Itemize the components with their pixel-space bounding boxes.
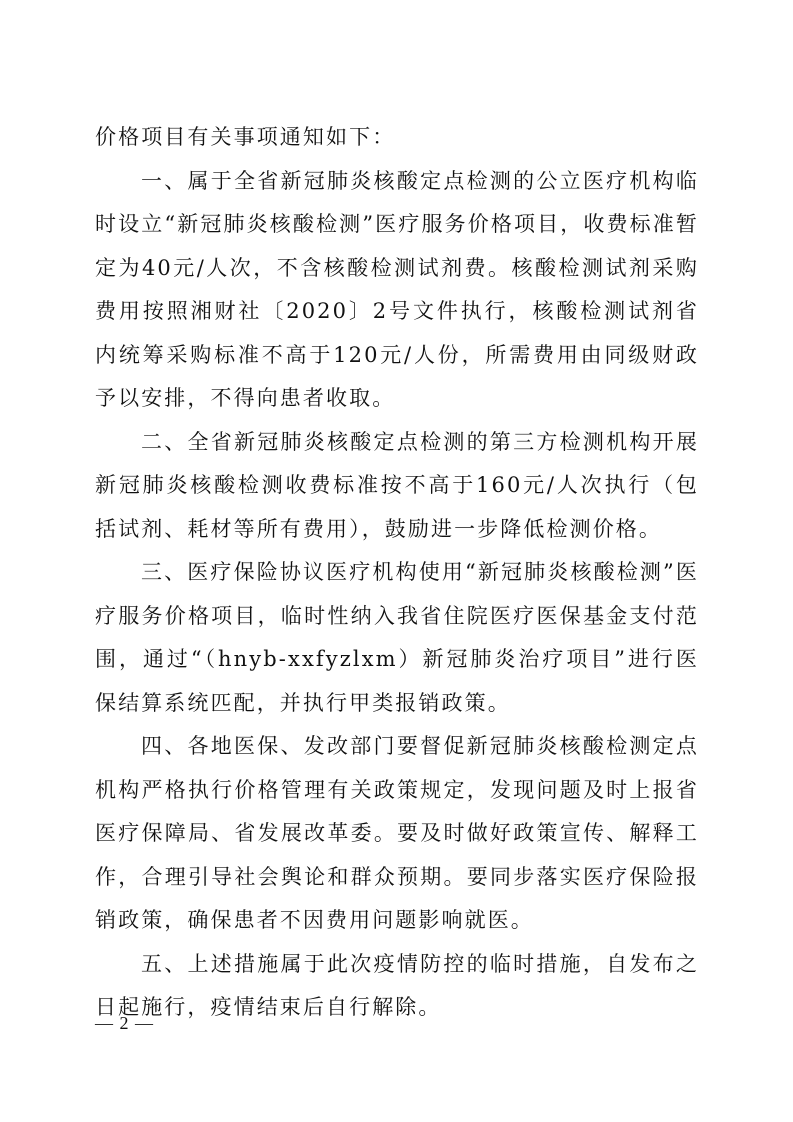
document-body: 价格项目有关事项通知如下： 一、属于全省新冠肺炎核酸定点检测的公立医疗机构临时设… [95, 116, 699, 1030]
page-number: — 2 — [95, 1013, 154, 1034]
paragraph-item-1: 一、属于全省新冠肺炎核酸定点检测的公立医疗机构临时设立“新冠肺炎核酸检测”医疗服… [95, 160, 699, 421]
paragraph-intro: 价格项目有关事项通知如下： [95, 116, 699, 160]
paragraph-item-5: 五、上述措施属于此次疫情防控的临时措施，自发布之日起施行，疫情结束后自行解除。 [95, 943, 699, 1030]
paragraph-item-2: 二、全省新冠肺炎核酸定点检测的第三方检测机构开展新冠肺炎核酸检测收费标准按不高于… [95, 421, 699, 552]
paragraph-item-3: 三、医疗保险协议医疗机构使用“新冠肺炎核酸检测”医疗服务价格项目，临时性纳入我省… [95, 551, 699, 725]
paragraph-item-4: 四、各地医保、发改部门要督促新冠肺炎核酸检测定点机构严格执行价格管理有关政策规定… [95, 725, 699, 943]
